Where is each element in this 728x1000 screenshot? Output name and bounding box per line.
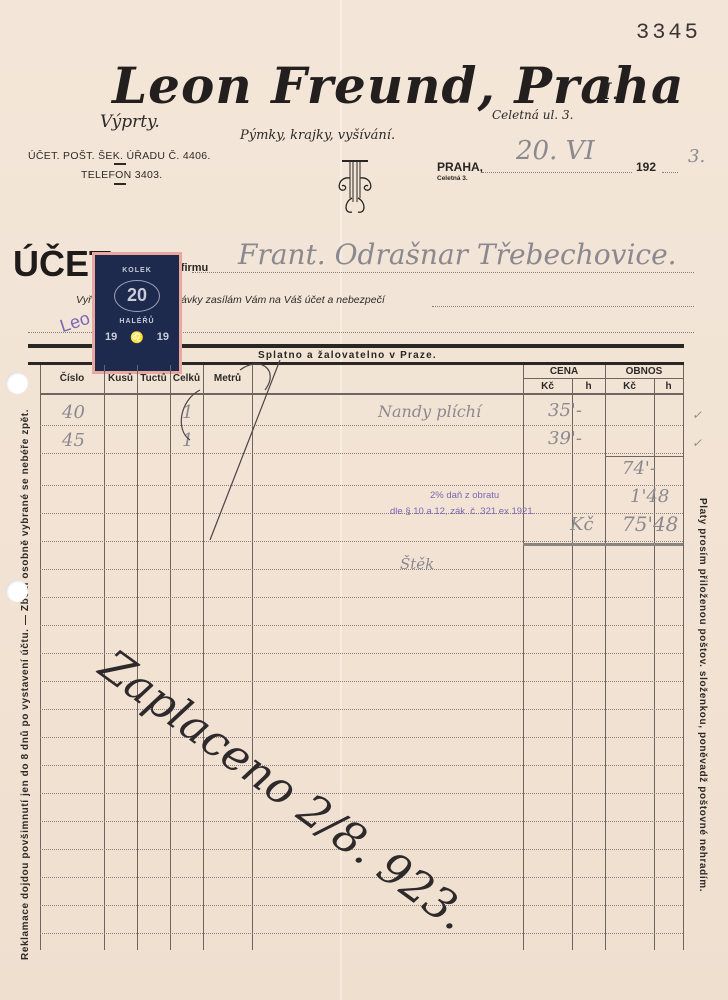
row1-cena: 35'- [548,400,582,421]
row-line [40,453,683,454]
address-script: Celetná ul. 3. [492,108,573,122]
col-cena-kc: Kč [523,381,572,392]
header-bottom-rule [40,393,683,395]
postal-account: ÚČET. POŠT. ŠEK. ÚŘADU Č. 4406. [28,150,211,162]
stamp-year-left: 19 [105,331,117,344]
row1-check-icon: ✓ [692,408,702,422]
phone: TELEFON 3403. [81,169,163,181]
row-line [40,569,683,570]
col-tuctu: Tuctů [137,373,170,384]
subtotal: 74'- [622,458,656,479]
row2-cena: 39'- [548,428,582,449]
row-line [40,425,683,426]
col-cena: CENA [523,366,605,377]
total: 75'48 [622,512,678,536]
place-label: PRAHA, [437,160,483,174]
date-line [482,172,632,173]
customer-handwritten: Frant. Odrašnar Třebechovice. [238,238,677,271]
year-prefix: 192 [636,160,656,174]
row1-cislo: 40 [62,402,85,423]
col-line [683,365,684,950]
stamp-unit: HALÉŘŮ [95,318,179,325]
tagline-center: Pýmky, krajky, vyšívání. [240,128,395,143]
col-line [572,378,573,950]
row-line [40,597,683,598]
place-sub: Celetná 3. [437,175,468,182]
tagline-left: Výprty. [100,112,160,132]
margin-left-note: Reklamace dojdou povšimnutí jen do 8 dnů… [20,409,31,960]
initials: Štěk [400,555,434,573]
stamp-top: KOLEK [95,255,179,274]
shipping-dotted [432,306,694,307]
revenue-stamp: KOLEK 20 HALÉŘŮ 19 ♌ 19 [92,252,182,374]
margin-right-note: Platy prosím přiloženou poštov. složenko… [697,498,708,892]
company-name: Leon Freund, Praha [112,56,684,115]
punch-hole [6,372,28,394]
row2-cislo: 45 [62,430,85,451]
handwritten-date: 20. VI [516,136,595,166]
year-line [662,172,678,173]
col-kusu: Kusů [104,373,137,384]
col-obnos-h: h [654,381,683,392]
col-cena-h: h [572,381,605,392]
row-line [40,485,683,486]
subheader-line [523,378,683,379]
tax-stamp-line2: dle § 10 a 12, zák. č. 321 ex 1921. [390,506,535,517]
row-line [40,793,683,794]
row-line [40,625,683,626]
row-line [40,737,683,738]
row-line [40,933,683,934]
col-cislo: Číslo [40,373,104,384]
district: I. [603,80,619,105]
handwritten-year: 3. [688,146,705,167]
row2-check-icon: ✓ [692,436,702,450]
total-rule [523,543,683,546]
lion-icon: ♌ [130,331,144,344]
stamp-year-right: 19 [157,331,169,344]
monogram-logo-icon [330,158,380,220]
tax-amount: 1'48 [630,486,669,507]
col-obnos-kc: Kč [605,381,654,392]
divider [114,183,126,185]
stamp-value: 20 [114,280,160,312]
divider [114,163,126,165]
row1-description: Nandy plíchí [378,402,481,421]
col-obnos: OBNOS [605,366,683,377]
subtotal-rule [605,456,683,457]
punch-hole [6,580,28,602]
total-prefix: Kč [570,514,594,535]
customer-line [192,272,694,273]
serial-number: 3345 [636,20,701,45]
row-line [40,765,683,766]
pen-stroke-mark [170,360,290,540]
row-line [40,905,683,906]
row-line [40,541,683,542]
tax-stamp-line1: 2% daň z obratu [430,490,499,501]
